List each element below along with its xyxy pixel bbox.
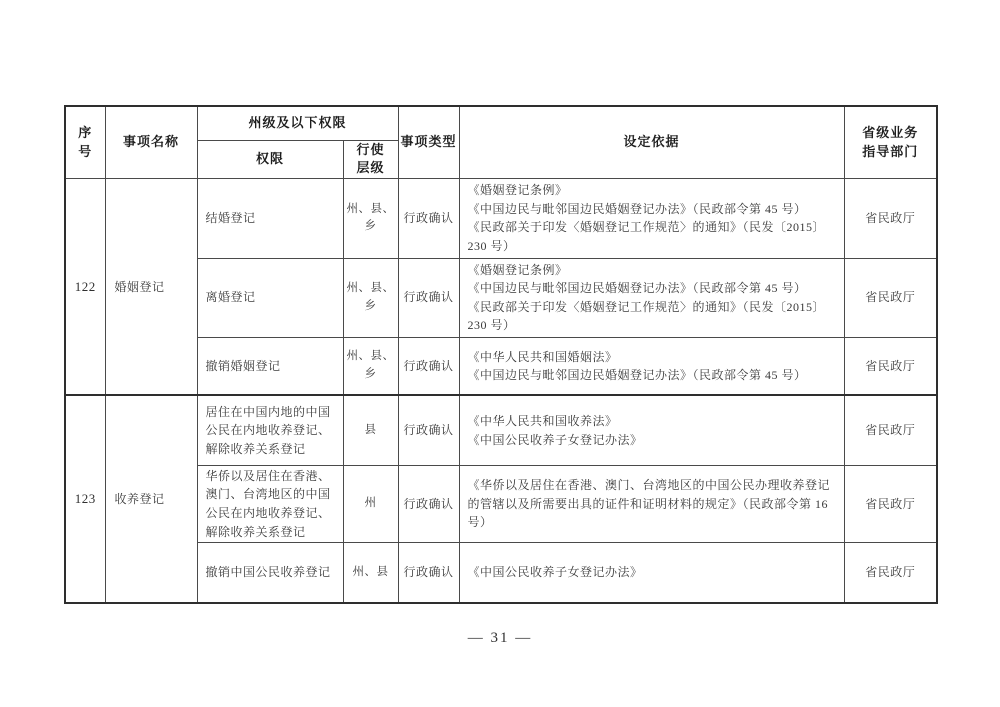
cell-authority: 离婚登记 xyxy=(197,258,343,337)
cell-dept: 省民政厅 xyxy=(844,337,937,395)
cell-dept: 省民政厅 xyxy=(844,465,937,542)
cell-type: 行政确认 xyxy=(398,542,459,603)
basis-line: 《中国公民收养子女登记办法》 xyxy=(468,563,836,582)
cell-level: 州、县、乡 xyxy=(343,179,398,258)
header-cell-item-type: 事项类型 xyxy=(398,106,459,179)
cell-item-index: 123 xyxy=(65,395,105,603)
header-cell-item-name: 事项名称 xyxy=(105,106,197,179)
document-page: { "table": { "header": { "index": "序\n号"… xyxy=(0,0,1000,707)
cell-basis: 《婚姻登记条例》 《中国边民与毗邻国边民婚姻登记办法》（民政部令第 45 号） … xyxy=(459,179,844,258)
cell-dept: 省民政厅 xyxy=(844,395,937,465)
header-cell-prefecture-authority-group: 州级及以下权限 xyxy=(197,106,398,140)
cell-authority: 撤销中国公民收养登记 xyxy=(197,542,343,603)
basis-line: 《民政部关于印发〈婚姻登记工作规范〉的通知》（民发〔2015〕230 号） xyxy=(468,298,836,335)
cell-authority: 撤销婚姻登记 xyxy=(197,337,343,395)
cell-basis: 《中华人民共和国婚姻法》 《中国边民与毗邻国边民婚姻登记办法》（民政部令第 45… xyxy=(459,337,844,395)
table-row: 122 婚姻登记 结婚登记 州、县、乡 行政确认 《婚姻登记条例》 《中国边民与… xyxy=(65,179,937,258)
cell-dept: 省民政厅 xyxy=(844,179,937,258)
basis-line: 《中国边民与毗邻国边民婚姻登记办法》（民政部令第 45 号） xyxy=(468,366,836,385)
header-cell-level: 行使 层级 xyxy=(343,140,398,179)
cell-basis: 《华侨以及居住在香港、澳门、台湾地区的中国公民办理收养登记的管辖以及所需要出具的… xyxy=(459,465,844,542)
table-row: 123 收养登记 居住在中国内地的中国公民在内地收养登记、解除收养关系登记 县 … xyxy=(65,395,937,465)
cell-authority: 结婚登记 xyxy=(197,179,343,258)
basis-line: 《中国边民与毗邻国边民婚姻登记办法》（民政部令第 45 号） xyxy=(468,200,836,219)
header-cell-basis: 设定依据 xyxy=(459,106,844,179)
cell-dept: 省民政厅 xyxy=(844,258,937,337)
cell-type: 行政确认 xyxy=(398,258,459,337)
basis-line: 《中国边民与毗邻国边民婚姻登记办法》（民政部令第 45 号） xyxy=(468,279,836,298)
table-header-row-1: 序 号 事项名称 州级及以下权限 事项类型 设定依据 省级业务 指导部门 xyxy=(65,106,937,140)
cell-level: 州、县 xyxy=(343,542,398,603)
cell-item-name: 婚姻登记 xyxy=(105,179,197,396)
cell-basis: 《婚姻登记条例》 《中国边民与毗邻国边民婚姻登记办法》（民政部令第 45 号） … xyxy=(459,258,844,337)
cell-type: 行政确认 xyxy=(398,179,459,258)
administrative-items-table: 序 号 事项名称 州级及以下权限 事项类型 设定依据 省级业务 指导部门 权限 … xyxy=(64,105,938,604)
cell-level: 州、县、乡 xyxy=(343,337,398,395)
cell-basis: 《中国公民收养子女登记办法》 xyxy=(459,542,844,603)
basis-line: 《中华人民共和国婚姻法》 xyxy=(468,348,836,367)
basis-line: 《婚姻登记条例》 xyxy=(468,181,836,200)
cell-type: 行政确认 xyxy=(398,395,459,465)
header-cell-dept: 省级业务 指导部门 xyxy=(844,106,937,179)
cell-type: 行政确认 xyxy=(398,337,459,395)
basis-line: 《华侨以及居住在香港、澳门、台湾地区的中国公民办理收养登记的管辖以及所需要出具的… xyxy=(468,476,836,532)
cell-dept: 省民政厅 xyxy=(844,542,937,603)
basis-line: 《民政部关于印发〈婚姻登记工作规范〉的通知》（民发〔2015〕230 号） xyxy=(468,218,836,255)
cell-level: 州、县、乡 xyxy=(343,258,398,337)
cell-item-index: 122 xyxy=(65,179,105,396)
cell-level: 县 xyxy=(343,395,398,465)
cell-item-name: 收养登记 xyxy=(105,395,197,603)
cell-authority: 居住在中国内地的中国公民在内地收养登记、解除收养关系登记 xyxy=(197,395,343,465)
cell-type: 行政确认 xyxy=(398,465,459,542)
basis-line: 《婚姻登记条例》 xyxy=(468,261,836,280)
basis-line: 《中国公民收养子女登记办法》 xyxy=(468,431,836,450)
cell-authority: 华侨以及居住在香港、澳门、台湾地区的中国公民在内地收养登记、解除收养关系登记 xyxy=(197,465,343,542)
header-cell-authority: 权限 xyxy=(197,140,343,179)
cell-basis: 《中华人民共和国收养法》 《中国公民收养子女登记办法》 xyxy=(459,395,844,465)
basis-line: 《中华人民共和国收养法》 xyxy=(468,412,836,431)
header-cell-index: 序 号 xyxy=(65,106,105,179)
page-number: — 31 — xyxy=(0,630,1000,647)
cell-level: 州 xyxy=(343,465,398,542)
